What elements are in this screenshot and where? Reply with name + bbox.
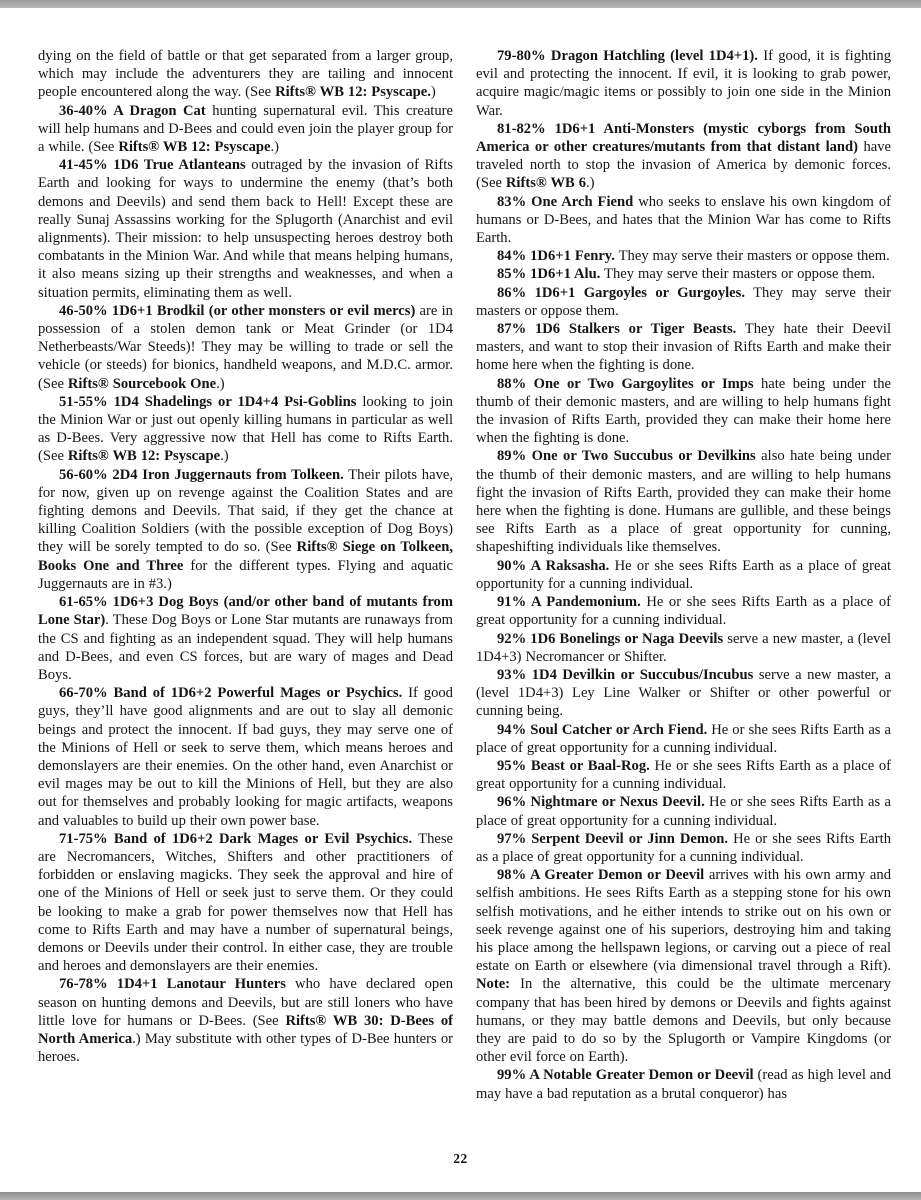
bold-text-segment: Rifts® WB 6 xyxy=(506,175,586,191)
bold-text-segment: Rifts® WB 12: Psyscape xyxy=(118,139,270,155)
bold-text-segment: 90% A Raksasha. xyxy=(497,558,609,574)
bold-text-segment: 41-45% 1D6 True Atlanteans xyxy=(59,157,246,173)
text-segment: .) xyxy=(586,175,595,191)
text-segment: also hate being under the thumb of their… xyxy=(476,448,891,555)
bold-text-segment: 94% Soul Catcher or Arch Fiend. xyxy=(497,722,707,738)
entry-36-40-dragon-cat: 36-40% A Dragon Cat hunting supernatural… xyxy=(38,102,453,157)
text-segment: .) xyxy=(216,376,225,392)
entry-89-succubus-devilkins: 89% One or Two Succubus or Devilkins als… xyxy=(476,447,891,556)
bold-text-segment: 87% 1D6 Stalkers or Tiger Beasts. xyxy=(497,321,736,337)
page-number: 22 xyxy=(0,1151,921,1167)
entry-84-fenry: 84% 1D6+1 Fenry. They may serve their ma… xyxy=(476,247,891,265)
text-segment: If good guys, they’ll have good alignmen… xyxy=(38,685,453,828)
entry-87-stalkers: 87% 1D6 Stalkers or Tiger Beasts. They h… xyxy=(476,320,891,375)
bold-text-segment: 92% 1D6 Bonelings or Naga Deevils xyxy=(497,631,723,647)
bold-text-segment: 83% One Arch Fiend xyxy=(497,194,633,210)
text-column-left: dying on the field of battle or that get… xyxy=(38,47,453,1103)
bold-text-segment: 81-82% 1D6+1 Anti-Monsters (mystic cybor… xyxy=(476,121,891,155)
text-segment: ) xyxy=(431,84,436,100)
entry-46-50-brodkil: 46-50% 1D6+1 Brodkil (or other monsters … xyxy=(38,302,453,393)
entry-98-greater-demon: 98% A Greater Demon or Deevil arrives wi… xyxy=(476,866,891,1066)
text-segment: .) xyxy=(220,448,229,464)
entry-95-beast-baal-rog: 95% Beast or Baal-Rog. He or she sees Ri… xyxy=(476,757,891,793)
entry-76-78-lanotaur-hunters: 76-78% 1D4+1 Lanotaur Hunters who have d… xyxy=(38,975,453,1066)
bold-text-segment: Rifts® Sourcebook One xyxy=(68,376,216,392)
bold-text-segment: 91% A Pandemonium. xyxy=(497,594,641,610)
entry-93-devilkin: 93% 1D4 Devilkin or Succubus/Incubus ser… xyxy=(476,666,891,721)
text-segment: They may serve their masters or oppose t… xyxy=(615,248,890,264)
text-segment: outraged by the invasion of Rifts Earth … xyxy=(38,157,453,300)
bold-text-segment: 93% 1D4 Devilkin or Succubus/Incubus xyxy=(497,667,753,683)
text-segment: .) xyxy=(271,139,280,155)
text-segment: In the alternative, this could be the ul… xyxy=(476,976,891,1065)
bold-text-segment: 71-75% Band of 1D6+2 Dark Mages or Evil … xyxy=(59,831,412,847)
entry-51-55-shadelings: 51-55% 1D4 Shadelings or 1D4+4 Psi-Gobli… xyxy=(38,393,453,466)
bold-text-segment: 86% 1D6+1 Gargoyles or Gurgoyles. xyxy=(497,285,745,301)
bold-text-segment: 95% Beast or Baal-Rog. xyxy=(497,758,650,774)
text-column-right: 79-80% Dragon Hatchling (level 1D4+1). I… xyxy=(476,47,891,1103)
entry-83-arch-fiend: 83% One Arch Fiend who seeks to enslave … xyxy=(476,193,891,248)
entry-61-65-dog-boys: 61-65% 1D6+3 Dog Boys (and/or other band… xyxy=(38,593,453,684)
entry-90-raksasha: 90% A Raksasha. He or she sees Rifts Ear… xyxy=(476,557,891,593)
bold-text-segment: 85% 1D6+1 Alu. xyxy=(497,266,600,282)
entry-31-35-continuation: dying on the field of battle or that get… xyxy=(38,47,453,102)
bold-text-segment: 97% Serpent Deevil or Jinn Demon. xyxy=(497,831,728,847)
entry-56-60-iron-juggernauts: 56-60% 2D4 Iron Juggernauts from Tolkeen… xyxy=(38,466,453,593)
bold-text-segment: 84% 1D6+1 Fenry. xyxy=(497,248,615,264)
entry-71-75-dark-mages: 71-75% Band of 1D6+2 Dark Mages or Evil … xyxy=(38,830,453,976)
entry-91-pandemonium: 91% A Pandemonium. He or she sees Rifts … xyxy=(476,593,891,629)
bold-text-segment: 79-80% Dragon Hatchling (level 1D4+1). xyxy=(497,48,758,64)
bold-text-segment: 96% Nightmare or Nexus Deevil. xyxy=(497,794,705,810)
entry-97-serpent-jinn: 97% Serpent Deevil or Jinn Demon. He or … xyxy=(476,830,891,866)
bold-text-segment: 99% A Notable Greater Demon or Deevil xyxy=(497,1067,754,1083)
bold-text-segment: 36-40% A Dragon Cat xyxy=(59,103,206,119)
entry-85-alu: 85% 1D6+1 Alu. They may serve their mast… xyxy=(476,265,891,283)
entry-92-bonelings: 92% 1D6 Bonelings or Naga Deevils serve … xyxy=(476,630,891,666)
bold-text-segment: 56-60% 2D4 Iron Juggernauts from Tolkeen… xyxy=(59,467,344,483)
bold-text-segment: Rifts® WB 12: Psyscape xyxy=(68,448,220,464)
bold-text-segment: Rifts® WB 12: Psyscape. xyxy=(275,84,431,100)
entry-66-70-powerful-mages: 66-70% Band of 1D6+2 Powerful Mages or P… xyxy=(38,684,453,830)
bold-text-segment: 76-78% 1D4+1 Lanotaur Hunters xyxy=(59,976,286,992)
entry-79-80-dragon-hatchling: 79-80% Dragon Hatchling (level 1D4+1). I… xyxy=(476,47,891,120)
bold-text-segment: 88% One or Two Gargoylites or Imps xyxy=(497,376,754,392)
bold-text-segment: 66-70% Band of 1D6+2 Powerful Mages or P… xyxy=(59,685,402,701)
document-page: dying on the field of battle or that get… xyxy=(0,0,921,1200)
entry-96-nightmare-nexus: 96% Nightmare or Nexus Deevil. He or she… xyxy=(476,793,891,829)
text-segment: They may serve their masters or oppose t… xyxy=(600,266,875,282)
text-segment: arrives with his own army and selfish am… xyxy=(476,867,891,974)
bold-text-segment: 51-55% 1D4 Shadelings or 1D4+4 Psi-Gobli… xyxy=(59,394,356,410)
scan-edge-bottom xyxy=(0,1192,921,1200)
bold-text-segment: Note: xyxy=(476,976,510,992)
entry-86-gargoyles: 86% 1D6+1 Gargoyles or Gurgoyles. They m… xyxy=(476,284,891,320)
text-segment: These are Necromancers, Witches, Shifter… xyxy=(38,831,453,974)
bold-text-segment: 46-50% 1D6+1 Brodkil (or other monsters … xyxy=(59,303,415,319)
entry-99-notable-greater-demon: 99% A Notable Greater Demon or Deevil (r… xyxy=(476,1066,891,1102)
entry-41-45-true-atlanteans: 41-45% 1D6 True Atlanteans outraged by t… xyxy=(38,156,453,302)
entry-88-gargoylites-imps: 88% One or Two Gargoylites or Imps hate … xyxy=(476,375,891,448)
bold-text-segment: 98% A Greater Demon or Deevil xyxy=(497,867,704,883)
page-content: dying on the field of battle or that get… xyxy=(38,47,891,1103)
bold-text-segment: 89% One or Two Succubus or Devilkins xyxy=(497,448,756,464)
entry-94-soul-catcher: 94% Soul Catcher or Arch Fiend. He or sh… xyxy=(476,721,891,757)
entry-81-82-anti-monsters: 81-82% 1D6+1 Anti-Monsters (mystic cybor… xyxy=(476,120,891,193)
scan-edge-top xyxy=(0,0,921,8)
